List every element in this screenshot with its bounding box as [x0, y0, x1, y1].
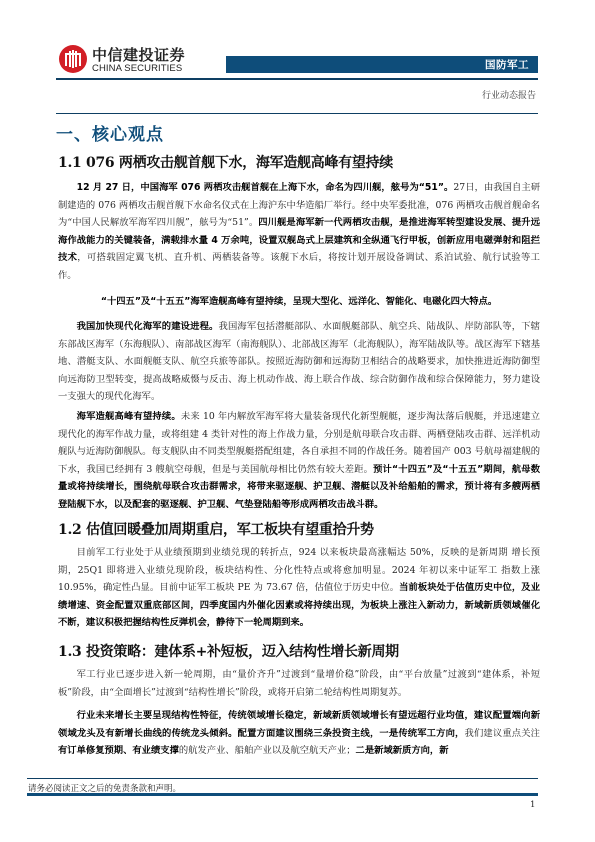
section-title: 一、核心观点 [56, 120, 164, 145]
paragraph-1-2-a: 目前军工行业处于从业绩预期到业绩兑现的转折点，924 以来板块最高涨幅达 50%… [58, 544, 540, 632]
body-text: 我们建议重点关注 [465, 728, 540, 739]
header-divider [56, 78, 538, 80]
paragraph-1-3-a: 军工行业已逐步进入新一轮周期，由“量价齐升”过渡到“量增价稳”阶段，由“平台放量… [58, 666, 540, 701]
paragraph-1-1-a: 12 月 27 日，中国海军 076 两栖攻击舰首舰在上海下水，命名为四川舰，舷… [58, 179, 540, 285]
body-text-end: 的航发产业、船舶产业以及航空航天产业； [179, 745, 356, 756]
body-text: 军工行业已逐步进入新一轮周期，由“量价齐升”过渡到“量增价稳”阶段，由“平台放量… [58, 669, 540, 698]
paragraph-1-3-b: 行业未来增长主要呈现结构性特征，传统领域增长稳定，新域新质领域增长有望远超行业均… [58, 707, 540, 760]
bold-lead: 海军造舰高峰有望持续。 [77, 411, 181, 422]
logo-text-cn: 中信建投证券 [92, 44, 185, 65]
body-text-end: ，可搭载固定翼飞机、直升机、两栖装备等。该舰下水后，将按计划开展设备调试、系泊试… [58, 252, 540, 281]
logo-text-en: CHINA SECURITIES [92, 63, 182, 74]
paragraph-1-1-c: 我国加快现代化海军的建设进程。我国海军包括潜艇部队、水面舰艇部队、航空兵、陆战队… [58, 318, 540, 406]
section-divider [56, 113, 538, 114]
footer-bar [27, 793, 538, 796]
paragraph-1-1-d: 海军造舰高峰有望持续。未来 10 年内解放军海军将大量装备现代化新型舰艇，逐步淘… [58, 408, 540, 514]
citic-logo-icon [59, 45, 87, 73]
company-logo: 中信建投证券 CHINA SECURITIES [57, 44, 187, 74]
footer-divider [27, 778, 538, 779]
page-number: 1 [530, 800, 535, 810]
subsection-title-1-3: 1.3 投资策略：建体系+补短板，迈入结构性增长新周期 [58, 641, 399, 661]
bold-mid: 有订单修复预期、有业绩支撑 [58, 745, 179, 756]
body-text: 我国海军包括潜艇部队、水面舰艇部队、航空兵、陆战队、岸防部队等，下辖东部战区海军… [58, 321, 540, 402]
key-point-1-1: “十四五”及“十五五”海军造舰高峰有望持续，呈现大型化、远洋化、智能化、电磁化四… [58, 293, 540, 307]
bold-lead: 12 月 27 日，中国海军 076 两栖攻击舰首舰在上海下水，命名为四川舰，舷… [77, 182, 454, 193]
report-type: 行业动态报告 [482, 88, 536, 101]
industry-label: 国防军工 [485, 57, 529, 72]
industry-band: 国防军工 [226, 56, 538, 73]
subsection-title-1-1: 1.1 076 两栖攻击舰首舰下水，海军造舰高峰有望持续 [58, 152, 393, 172]
subsection-title-1-2: 1.2 估值回暖叠加周期重启，军工板块有望重拾升势 [58, 519, 374, 539]
bold-lead: 我国加快现代化海军的建设进程。 [77, 321, 219, 332]
bold-end: 二是新域新质方向，新 [356, 745, 449, 756]
